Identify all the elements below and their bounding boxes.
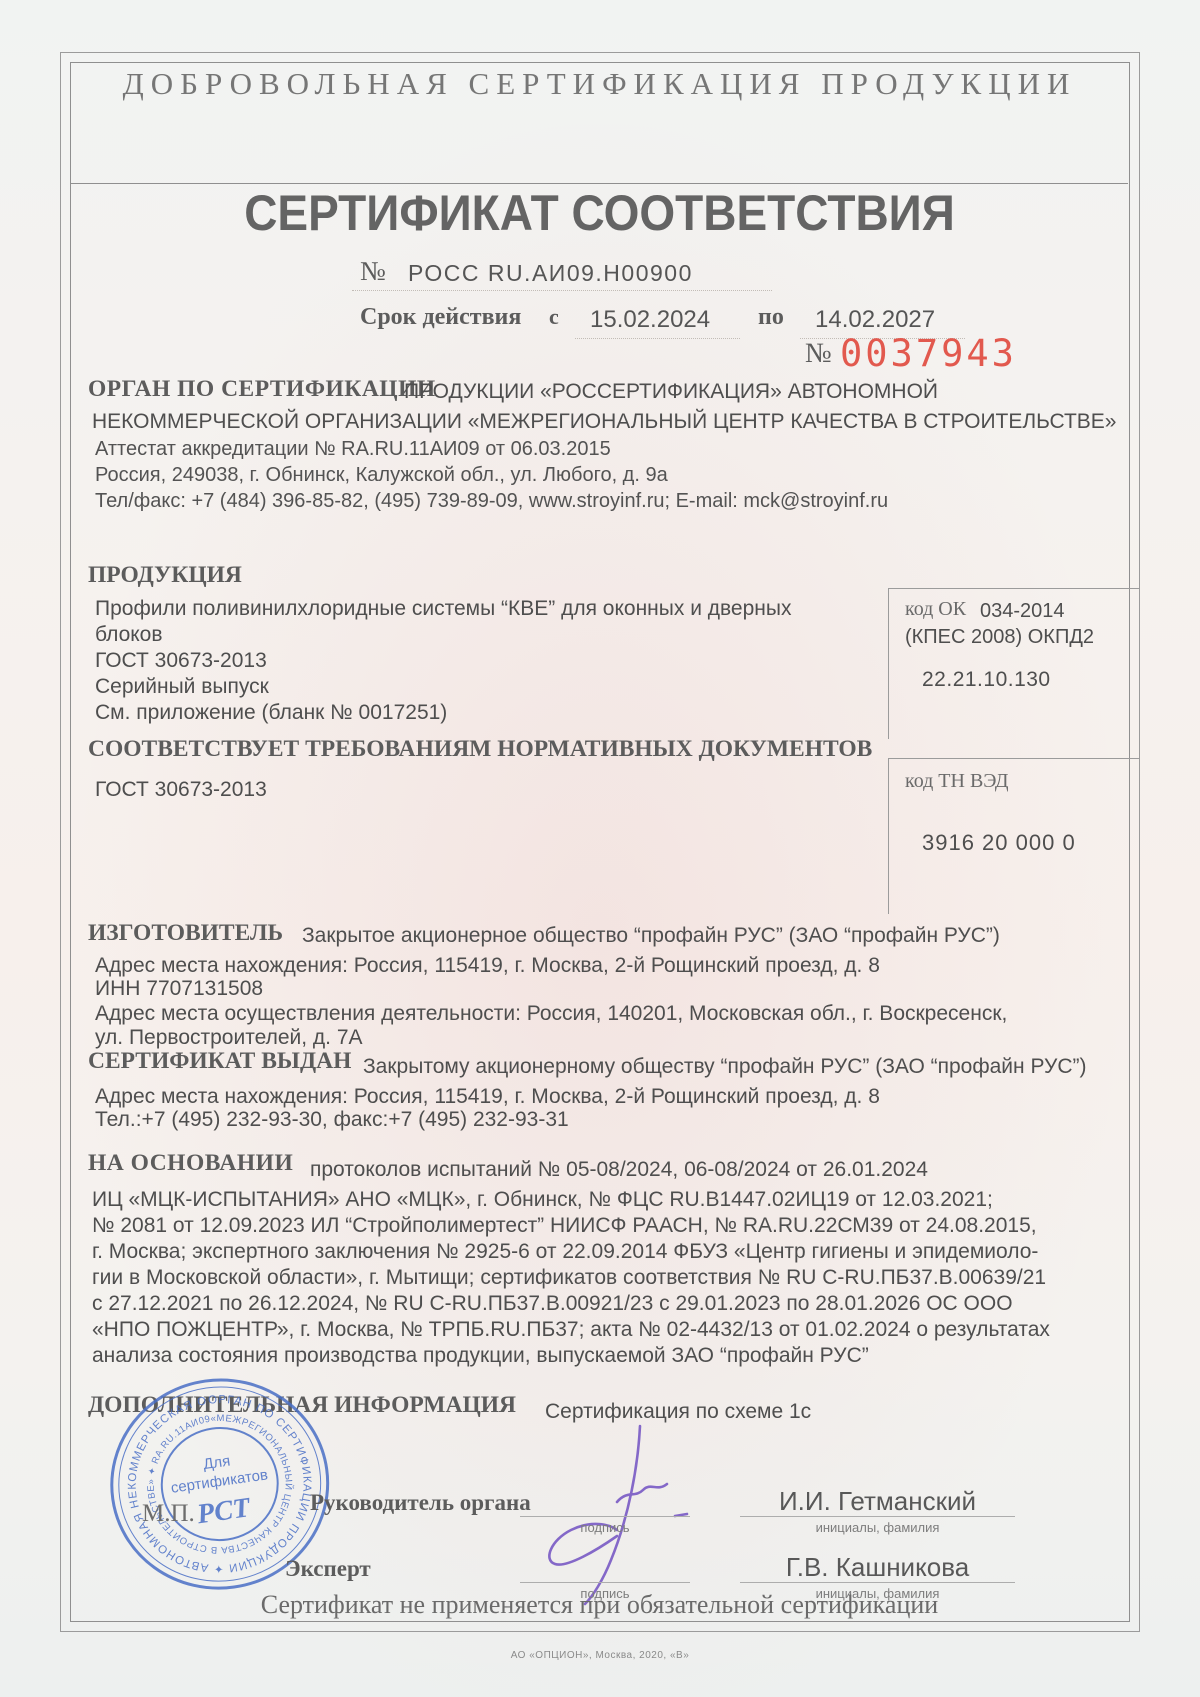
issued-to-line: Тел.:+7 (495) 232-93-30, факс:+7 (495) 2… <box>95 1108 569 1132</box>
manufacturer-label: ИЗГОТОВИТЕЛЬ <box>88 920 283 947</box>
head-name: И.И. Гетманский <box>740 1486 1015 1517</box>
product-line: Серийный выпуск <box>95 675 269 699</box>
validity-from-label: с <box>549 304 559 330</box>
stamp-place-label: М.П. <box>142 1500 195 1528</box>
basis-line: «НПО ПОЖЦЕНТР», г. Москва, № ТРПБ.RU.ПБ3… <box>92 1318 1127 1342</box>
issued-to-name: Закрытому акционерному обществу “профайн… <box>363 1055 1087 1079</box>
stamp-rst-logo: РСТ <box>194 1492 254 1530</box>
basis-line: г. Москва; экспертного заключения № 2925… <box>92 1240 1127 1264</box>
manufacturer-line: Адрес места нахождения: Россия, 115419, … <box>95 954 880 978</box>
manufacturer-name: Закрытое акционерное общество “профайн Р… <box>302 924 1000 948</box>
blank-number: 0037943 <box>840 332 1017 375</box>
tnved-label: код ТН ВЭД <box>905 770 1008 793</box>
head-of-body-label: Руководитель органа <box>310 1490 531 1516</box>
certificate-number-sign: № <box>360 256 386 287</box>
certification-body-name-line1: ПРОДУКЦИИ «РОССЕРТИФИКАЦИЯ» АВТОНОМНОЙ <box>404 380 938 404</box>
manufacturer-line: ИНН 7707131508 <box>95 977 263 1001</box>
manufacturer-line: ул. Первостроителей, д. 7А <box>95 1026 363 1050</box>
svg-text:«МЕЖРЕГИОНАЛЬНЫЙ ЦЕНТР КАЧЕСТВ: «МЕЖРЕГИОНАЛЬНЫЙ ЦЕНТР КАЧЕСТВА В СТРОИТ… <box>83 1356 303 1572</box>
certification-body-address: Россия, 249038, г. Обнинск, Калужской об… <box>95 464 668 487</box>
basis-label: НА ОСНОВАНИИ <box>88 1150 293 1177</box>
name-caption: инициалы, фамилия <box>740 1520 1015 1535</box>
ok-code-line2: (КПЕС 2008) ОКПД2 <box>905 626 1094 649</box>
conformity-value: ГОСТ 30673-2013 <box>95 778 267 802</box>
product-line: ГОСТ 30673-2013 <box>95 649 267 673</box>
product-line: блоков <box>95 623 163 647</box>
tnved-value: 3916 20 000 0 <box>922 830 1076 856</box>
ok-code-standard: 034-2014 <box>980 600 1065 623</box>
head-signature-line <box>520 1516 690 1517</box>
basis-line: № 2081 от 12.09.2023 ИЛ “Стройполимертес… <box>92 1214 1127 1238</box>
ok-code-label: код ОК <box>905 598 966 621</box>
basis-line: гии в Московской области», г. Мытищи; се… <box>92 1266 1127 1290</box>
print-footer: АО «ОПЦИОН», Москва, 2020, «В» <box>0 1650 1200 1661</box>
validity-to-label: по <box>758 304 784 331</box>
validity-label: Срок действия <box>360 304 521 331</box>
certification-body-contacts: Тел/факс: +7 (484) 396-85-82, (495) 739-… <box>95 490 888 513</box>
product-line: Профили поливинилхлоридные системы “КВЕ”… <box>95 597 792 621</box>
certificate-number-value: РОСС RU.АИ09.Н00900 <box>408 260 693 287</box>
validity-from-date: 15.02.2024 <box>590 306 710 334</box>
validity-to-date: 14.02.2027 <box>815 306 935 334</box>
expert-name: Г.В. Кашникова <box>740 1552 1015 1583</box>
basis-line: ИЦ «МЦК-ИСПЫТАНИЯ» АНО «МЦК», г. Обнинск… <box>92 1188 1127 1212</box>
product-line: См. приложение (бланк № 0017251) <box>95 701 447 725</box>
stamp-inner-ring-text: «МЕЖРЕГИОНАЛЬНЫЙ ЦЕНТР КАЧЕСТВА В СТРОИТ… <box>83 1356 303 1572</box>
basis-line: с 27.12.2021 по 26.12.2024, № RU С-RU.ПБ… <box>92 1292 1127 1316</box>
expert-name-line <box>740 1582 1015 1583</box>
bottom-note: Сертификат не применяется при обязательн… <box>71 1590 1128 1620</box>
certificate-title: СЕРТИФИКАТ СООТВЕТСТВИЯ <box>113 184 1085 242</box>
basis-line: анализа состояния производства продукции… <box>92 1344 1127 1368</box>
conformity-label: СООТВЕТСТВУЕТ ТРЕБОВАНИЯМ НОРМАТИВНЫХ ДО… <box>88 736 872 763</box>
certification-body-label: ОРГАН ПО СЕРТИФИКАЦИИ <box>88 376 436 403</box>
stamp-center-line1: Для <box>202 1452 231 1473</box>
number-underline <box>352 290 772 291</box>
certification-body-name-line2: НЕКОММЕРЧЕСКОЙ ОРГАНИЗАЦИИ «МЕЖРЕГИОНАЛЬ… <box>92 410 1116 434</box>
voluntary-certification-banner: ДОБРОВОЛЬНАЯ СЕРТИФИКАЦИЯ ПРОДУКЦИИ <box>71 66 1128 102</box>
expert-label: Эксперт <box>285 1556 371 1582</box>
basis-intro: протоколов испытаний № 05-08/2024, 06-08… <box>310 1158 928 1182</box>
expert-signature-line <box>520 1582 690 1583</box>
manufacturer-line: Адрес места осуществления деятельности: … <box>95 1002 1007 1026</box>
from-underline <box>575 338 740 339</box>
accreditation-line: Аттестат аккредитации № RA.RU.11АИ09 от … <box>95 438 611 461</box>
product-label: ПРОДУКЦИЯ <box>88 562 242 589</box>
issued-to-label: СЕРТИФИКАТ ВЫДАН <box>88 1048 351 1075</box>
signature-caption: подпись <box>520 1520 690 1535</box>
blank-number-sign: № <box>805 338 832 370</box>
head-name-line <box>740 1516 1015 1517</box>
ok-code-value: 22.21.10.130 <box>922 668 1051 692</box>
issued-to-line: Адрес места нахождения: Россия, 115419, … <box>95 1085 880 1109</box>
